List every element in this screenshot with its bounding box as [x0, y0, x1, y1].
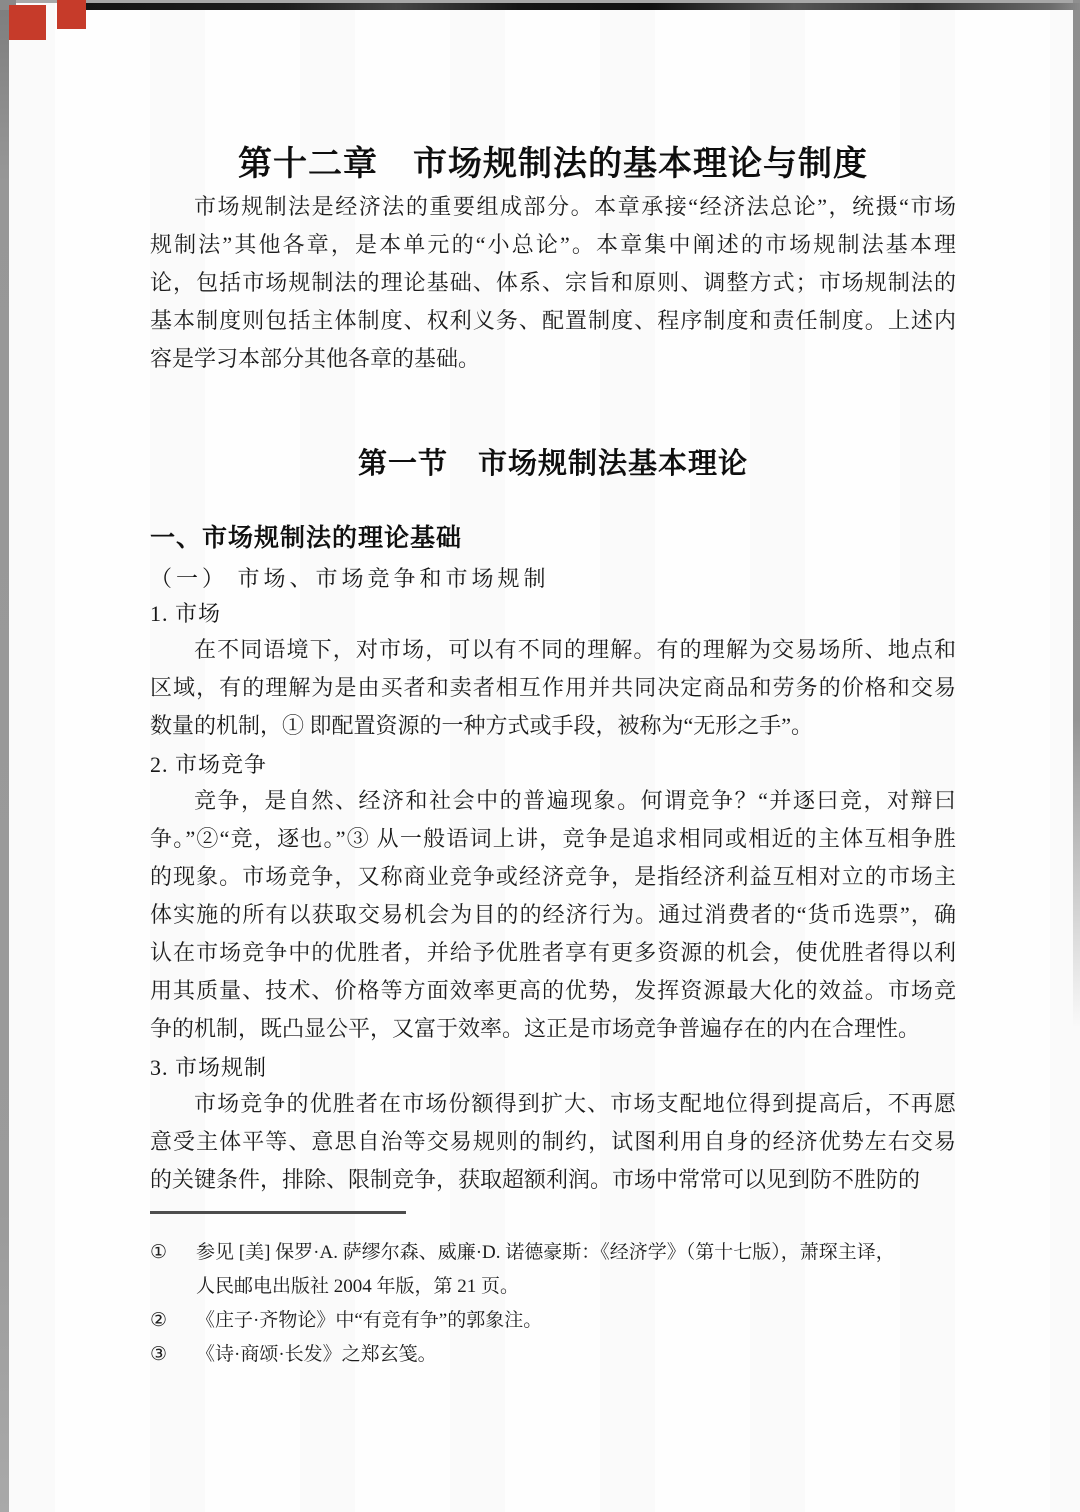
- text-line: 争的机制，既凸显公平，又富于效率。这正是市场竞争普遍存在的内在合理性。: [150, 1010, 956, 1048]
- text-line: 规制法”其他各章，是本单元的“小总论”。本章集中阐述的市场规制法基本理: [150, 226, 956, 264]
- footnote-marker: ①: [150, 1236, 196, 1270]
- text-line: 基本制度则包括主体制度、权利义务、配置制度、程序制度和责任制度。上述内: [150, 302, 956, 340]
- page-content: 第十二章 市场规制法的基本理论与制度 市场规制法是经济法的重要组成部分。本章承接…: [150, 0, 956, 1372]
- text-line: 数量的机制，① 即配置资源的一种方式或手段，被称为“无形之手”。: [150, 707, 956, 745]
- page-right-edge: [1073, 0, 1080, 1028]
- footnote-text: 《诗·商颂·长发》之郑玄笺。: [196, 1338, 956, 1372]
- footnotes: ① 参见 [美] 保罗·A. 萨缪尔森、威廉·D. 诺德豪斯：《经济学》（第十七…: [150, 1236, 956, 1372]
- footnote-1: ① 参见 [美] 保罗·A. 萨缪尔森、威廉·D. 诺德豪斯：《经济学》（第十七…: [150, 1236, 956, 1304]
- chapter-title: 第十二章 市场规制法的基本理论与制度: [150, 0, 956, 186]
- text-line: 《庄子·齐物论》中“有竞有争”的郭象注。: [196, 1304, 956, 1338]
- heading-level-2: （一） 市场、市场竞争和市场规制: [150, 564, 956, 594]
- page-left-edge: [0, 0, 9, 1512]
- footnote-marker: ③: [150, 1338, 196, 1372]
- text-line: 争。”②“竞，逐也。”③ 从一般语词上讲，竞争是追求相同或相近的主体互相争胜: [150, 820, 956, 858]
- paragraph-market: 在不同语境下，对市场，可以有不同的理解。有的理解为交易场所、地点和区域，有的理解…: [150, 631, 956, 745]
- text-line: 的现象。市场竞争，又称商业竞争或经济竞争，是指经济利益互相对立的市场主: [150, 858, 956, 896]
- text-line: 在不同语境下，对市场，可以有不同的理解。有的理解为交易场所、地点和: [150, 631, 956, 669]
- red-mark-1: [9, 5, 46, 40]
- section-title: 第一节 市场规制法基本理论: [150, 444, 956, 484]
- text-line: 区域，有的理解为是由买者和卖者相互作用并共同决定商品和劳务的价格和交易: [150, 669, 956, 707]
- paragraph-regulation: 市场竞争的优胜者在市场份额得到扩大、市场支配地位得到提高后，不再愿意受主体平等、…: [150, 1085, 956, 1199]
- text-line: 意受主体平等、意思自治等交易规则的制约，试图利用自身的经济优势左右交易: [150, 1123, 956, 1161]
- item-heading-market: 1. 市场: [150, 599, 956, 629]
- footnote-text: 《庄子·齐物论》中“有竞有争”的郭象注。: [196, 1304, 956, 1338]
- text-line: 的关键条件，排除、限制竞争，获取超额利润。市场中常常可以见到防不胜防的: [150, 1161, 956, 1199]
- text-line: 认在市场竞争中的优胜者，并给予优胜者享有更多资源的机会，使优胜者得以利: [150, 934, 956, 972]
- footnote-divider: [150, 1211, 406, 1214]
- text-line: 市场规制法是经济法的重要组成部分。本章承接“经济法总论”，统摄“市场: [150, 188, 956, 226]
- text-line: 体实施的所有以获取交易机会为目的的经济行为。通过消费者的“货币选票”，确: [150, 896, 956, 934]
- text-line: 《诗·商颂·长发》之郑玄笺。: [196, 1338, 956, 1372]
- footnote-3: ③ 《诗·商颂·长发》之郑玄笺。: [150, 1338, 956, 1372]
- red-mark-2: [57, 0, 86, 29]
- text-line: 竞争，是自然、经济和社会中的普遍现象。何谓竞争？“并逐曰竞，对辩曰: [150, 782, 956, 820]
- text-line: 参见 [美] 保罗·A. 萨缪尔森、威廉·D. 诺德豪斯：《经济学》（第十七版）…: [196, 1236, 956, 1270]
- heading-level-1: 一、市场规制法的理论基础: [150, 522, 956, 554]
- text-line: 论，包括市场规制法的理论基础、体系、宗旨和原则、调整方式；市场规制法的: [150, 264, 956, 302]
- footnote-marker: ②: [150, 1304, 196, 1338]
- text-line: 人民邮电出版社 2004 年版，第 21 页。: [196, 1270, 956, 1304]
- footnote-text: 参见 [美] 保罗·A. 萨缪尔森、威廉·D. 诺德豪斯：《经济学》（第十七版）…: [196, 1236, 956, 1304]
- text-line: 容是学习本部分其他各章的基础。: [150, 340, 956, 378]
- item-heading-competition: 2. 市场竞争: [150, 750, 956, 780]
- text-line: 用其质量、技术、价格等方面效率更高的优势，发挥资源最大化的效益。市场竞: [150, 972, 956, 1010]
- text-line: 市场竞争的优胜者在市场份额得到扩大、市场支配地位得到提高后，不再愿: [150, 1085, 956, 1123]
- paragraph-competition: 竞争，是自然、经济和社会中的普遍现象。何谓竞争？“并逐曰竞，对辩曰争。”②“竞，…: [150, 782, 956, 1048]
- intro-paragraph: 市场规制法是经济法的重要组成部分。本章承接“经济法总论”，统摄“市场规制法”其他…: [150, 188, 956, 378]
- scanned-book-page: 第十二章 市场规制法的基本理论与制度 市场规制法是经济法的重要组成部分。本章承接…: [0, 0, 1080, 1512]
- item-heading-regulation: 3. 市场规制: [150, 1053, 956, 1083]
- footnote-2: ② 《庄子·齐物论》中“有竞有争”的郭象注。: [150, 1304, 956, 1338]
